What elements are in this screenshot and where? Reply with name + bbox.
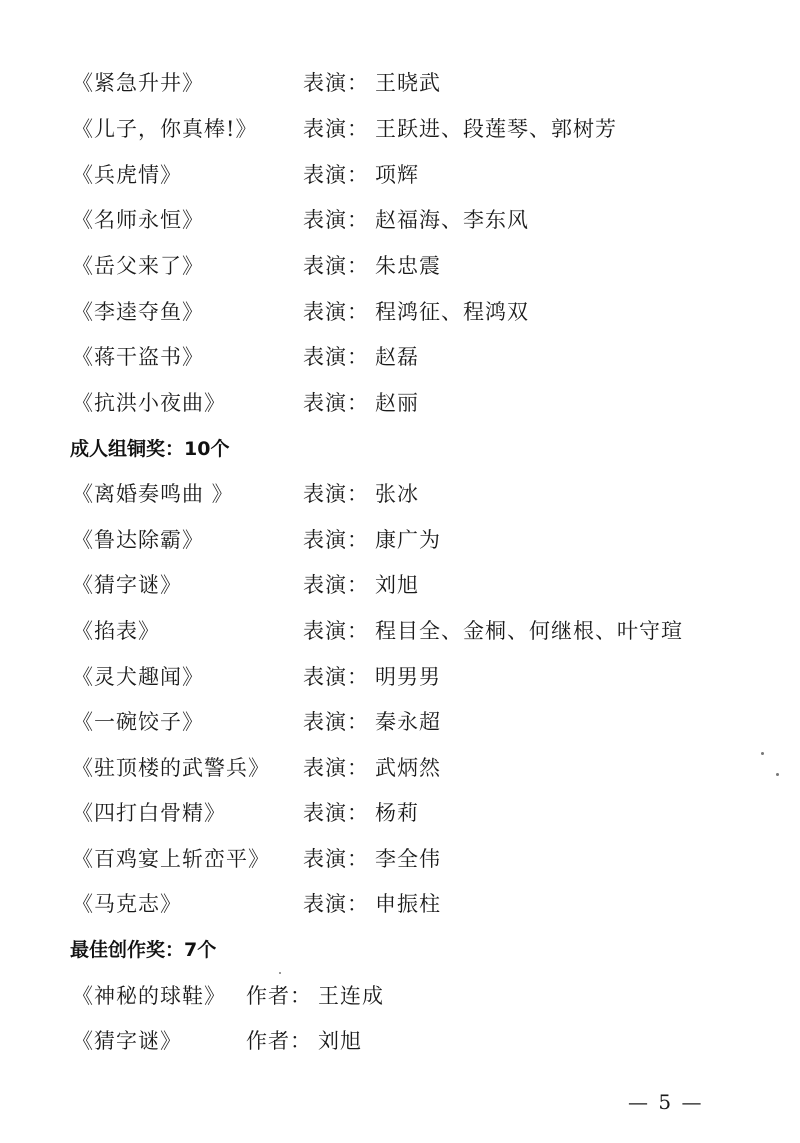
work-title: 《名师永恒》 — [72, 205, 204, 235]
work-title: 《猜字谜》 — [72, 570, 182, 600]
credit: 表演：康广为 — [303, 525, 441, 555]
credit: 表演：程目全、金桐、何继根、叶守瑄 — [303, 616, 683, 646]
credit: 表演：刘旭 — [303, 570, 419, 600]
credit-label: 表演： — [303, 71, 369, 95]
performer-names: 程目全、金桐、何继根、叶守瑄 — [375, 619, 683, 643]
credit: 表演：朱忠震 — [303, 251, 441, 281]
performer-names: 申振柱 — [375, 892, 441, 916]
credit-label: 表演： — [303, 801, 369, 825]
performer-names: 赵福海、李东风 — [375, 208, 529, 232]
work-title: 《猜字谜》 — [72, 1026, 182, 1056]
performer-names: 秦永超 — [375, 710, 441, 734]
performer-names: 朱忠震 — [375, 254, 441, 278]
work-title: 《李逵夺鱼》 — [72, 297, 204, 327]
work-title: 《神秘的球鞋》 — [72, 981, 226, 1011]
document-page: 《紧急升井》 表演：王晓武 《儿子，你真棒!》 表演：王跃进、段莲琴、郭树芳 《… — [0, 0, 800, 1143]
credit-label: 表演： — [303, 665, 369, 689]
performer-names: 王晓武 — [375, 71, 441, 95]
author-names: 王连成 — [318, 984, 384, 1008]
credit-label: 表演： — [303, 208, 369, 232]
credit: 表演：李全伟 — [303, 844, 441, 874]
performer-names: 张冰 — [375, 482, 419, 506]
credit: 作者：王连成 — [246, 981, 384, 1011]
credit: 表演：王晓武 — [303, 68, 441, 98]
credit: 表演：秦永超 — [303, 707, 441, 737]
work-title: 《一碗饺子》 — [72, 707, 204, 737]
performer-names: 赵磊 — [375, 345, 419, 369]
author-names: 刘旭 — [318, 1029, 362, 1053]
credit-label: 表演： — [303, 710, 369, 734]
credit-label: 表演： — [303, 528, 369, 552]
work-title: 《紧急升井》 — [72, 68, 204, 98]
work-title: 《儿子，你真棒!》 — [72, 114, 257, 144]
performer-names: 程鸿征、程鸿双 — [375, 300, 529, 324]
credit-label: 表演： — [303, 756, 369, 780]
work-title: 《抗洪小夜曲》 — [72, 388, 226, 418]
work-title: 《掐表》 — [72, 616, 160, 646]
performer-names: 项辉 — [375, 163, 419, 187]
performer-names: 李全伟 — [375, 847, 441, 871]
credit-label: 表演： — [303, 573, 369, 597]
credit: 表演：赵磊 — [303, 342, 419, 372]
work-title: 《鲁达除霸》 — [72, 525, 204, 555]
work-title: 《四打白骨精》 — [72, 798, 226, 828]
credit: 表演：申振柱 — [303, 889, 441, 919]
credit: 表演：杨莉 — [303, 798, 419, 828]
performer-names: 明男男 — [375, 665, 441, 689]
credit-label: 表演： — [303, 619, 369, 643]
credit-label: 表演： — [303, 892, 369, 916]
work-title: 《兵虎情》 — [72, 160, 182, 190]
credit: 表演：赵福海、李东风 — [303, 205, 529, 235]
section-heading-bronze-award: 成人组铜奖：10个 — [70, 434, 229, 464]
scan-speck — [279, 972, 281, 974]
credit: 表演：明男男 — [303, 662, 441, 692]
work-title: 《蒋干盗书》 — [72, 342, 204, 372]
work-title: 《灵犬趣闻》 — [72, 662, 204, 692]
work-title: 《驻顶楼的武警兵》 — [72, 753, 270, 783]
credit: 表演：王跃进、段莲琴、郭树芳 — [303, 114, 617, 144]
work-title: 《离婚奏鸣曲 》 — [72, 479, 234, 509]
credit-label: 表演： — [303, 847, 369, 871]
credit: 表演：张冰 — [303, 479, 419, 509]
credit-label: 作者： — [246, 1029, 312, 1053]
credit-label: 表演： — [303, 391, 369, 415]
work-title: 《岳父来了》 — [72, 251, 204, 281]
performer-names: 杨莉 — [375, 801, 419, 825]
credit: 表演：程鸿征、程鸿双 — [303, 297, 529, 327]
credit: 表演：武炳然 — [303, 753, 441, 783]
performer-names: 武炳然 — [375, 756, 441, 780]
credit-label: 表演： — [303, 163, 369, 187]
credit-label: 表演： — [303, 117, 369, 141]
page-number: — 5 — — [628, 1088, 703, 1116]
work-title: 《马克志》 — [72, 889, 182, 919]
credit-label: 表演： — [303, 482, 369, 506]
performer-names: 王跃进、段莲琴、郭树芳 — [375, 117, 617, 141]
credit: 表演：项辉 — [303, 160, 419, 190]
scan-speck — [776, 773, 779, 776]
performer-names: 赵丽 — [375, 391, 419, 415]
scan-speck — [761, 752, 764, 755]
section-heading-best-creation-award: 最佳创作奖：7个 — [70, 935, 216, 965]
credit-label: 作者： — [246, 984, 312, 1008]
performer-names: 刘旭 — [375, 573, 419, 597]
credit-label: 表演： — [303, 254, 369, 278]
credit: 表演：赵丽 — [303, 388, 419, 418]
work-title: 《百鸡宴上斩峦平》 — [72, 844, 270, 874]
credit: 作者：刘旭 — [246, 1026, 362, 1056]
credit-label: 表演： — [303, 345, 369, 369]
performer-names: 康广为 — [375, 528, 441, 552]
credit-label: 表演： — [303, 300, 369, 324]
